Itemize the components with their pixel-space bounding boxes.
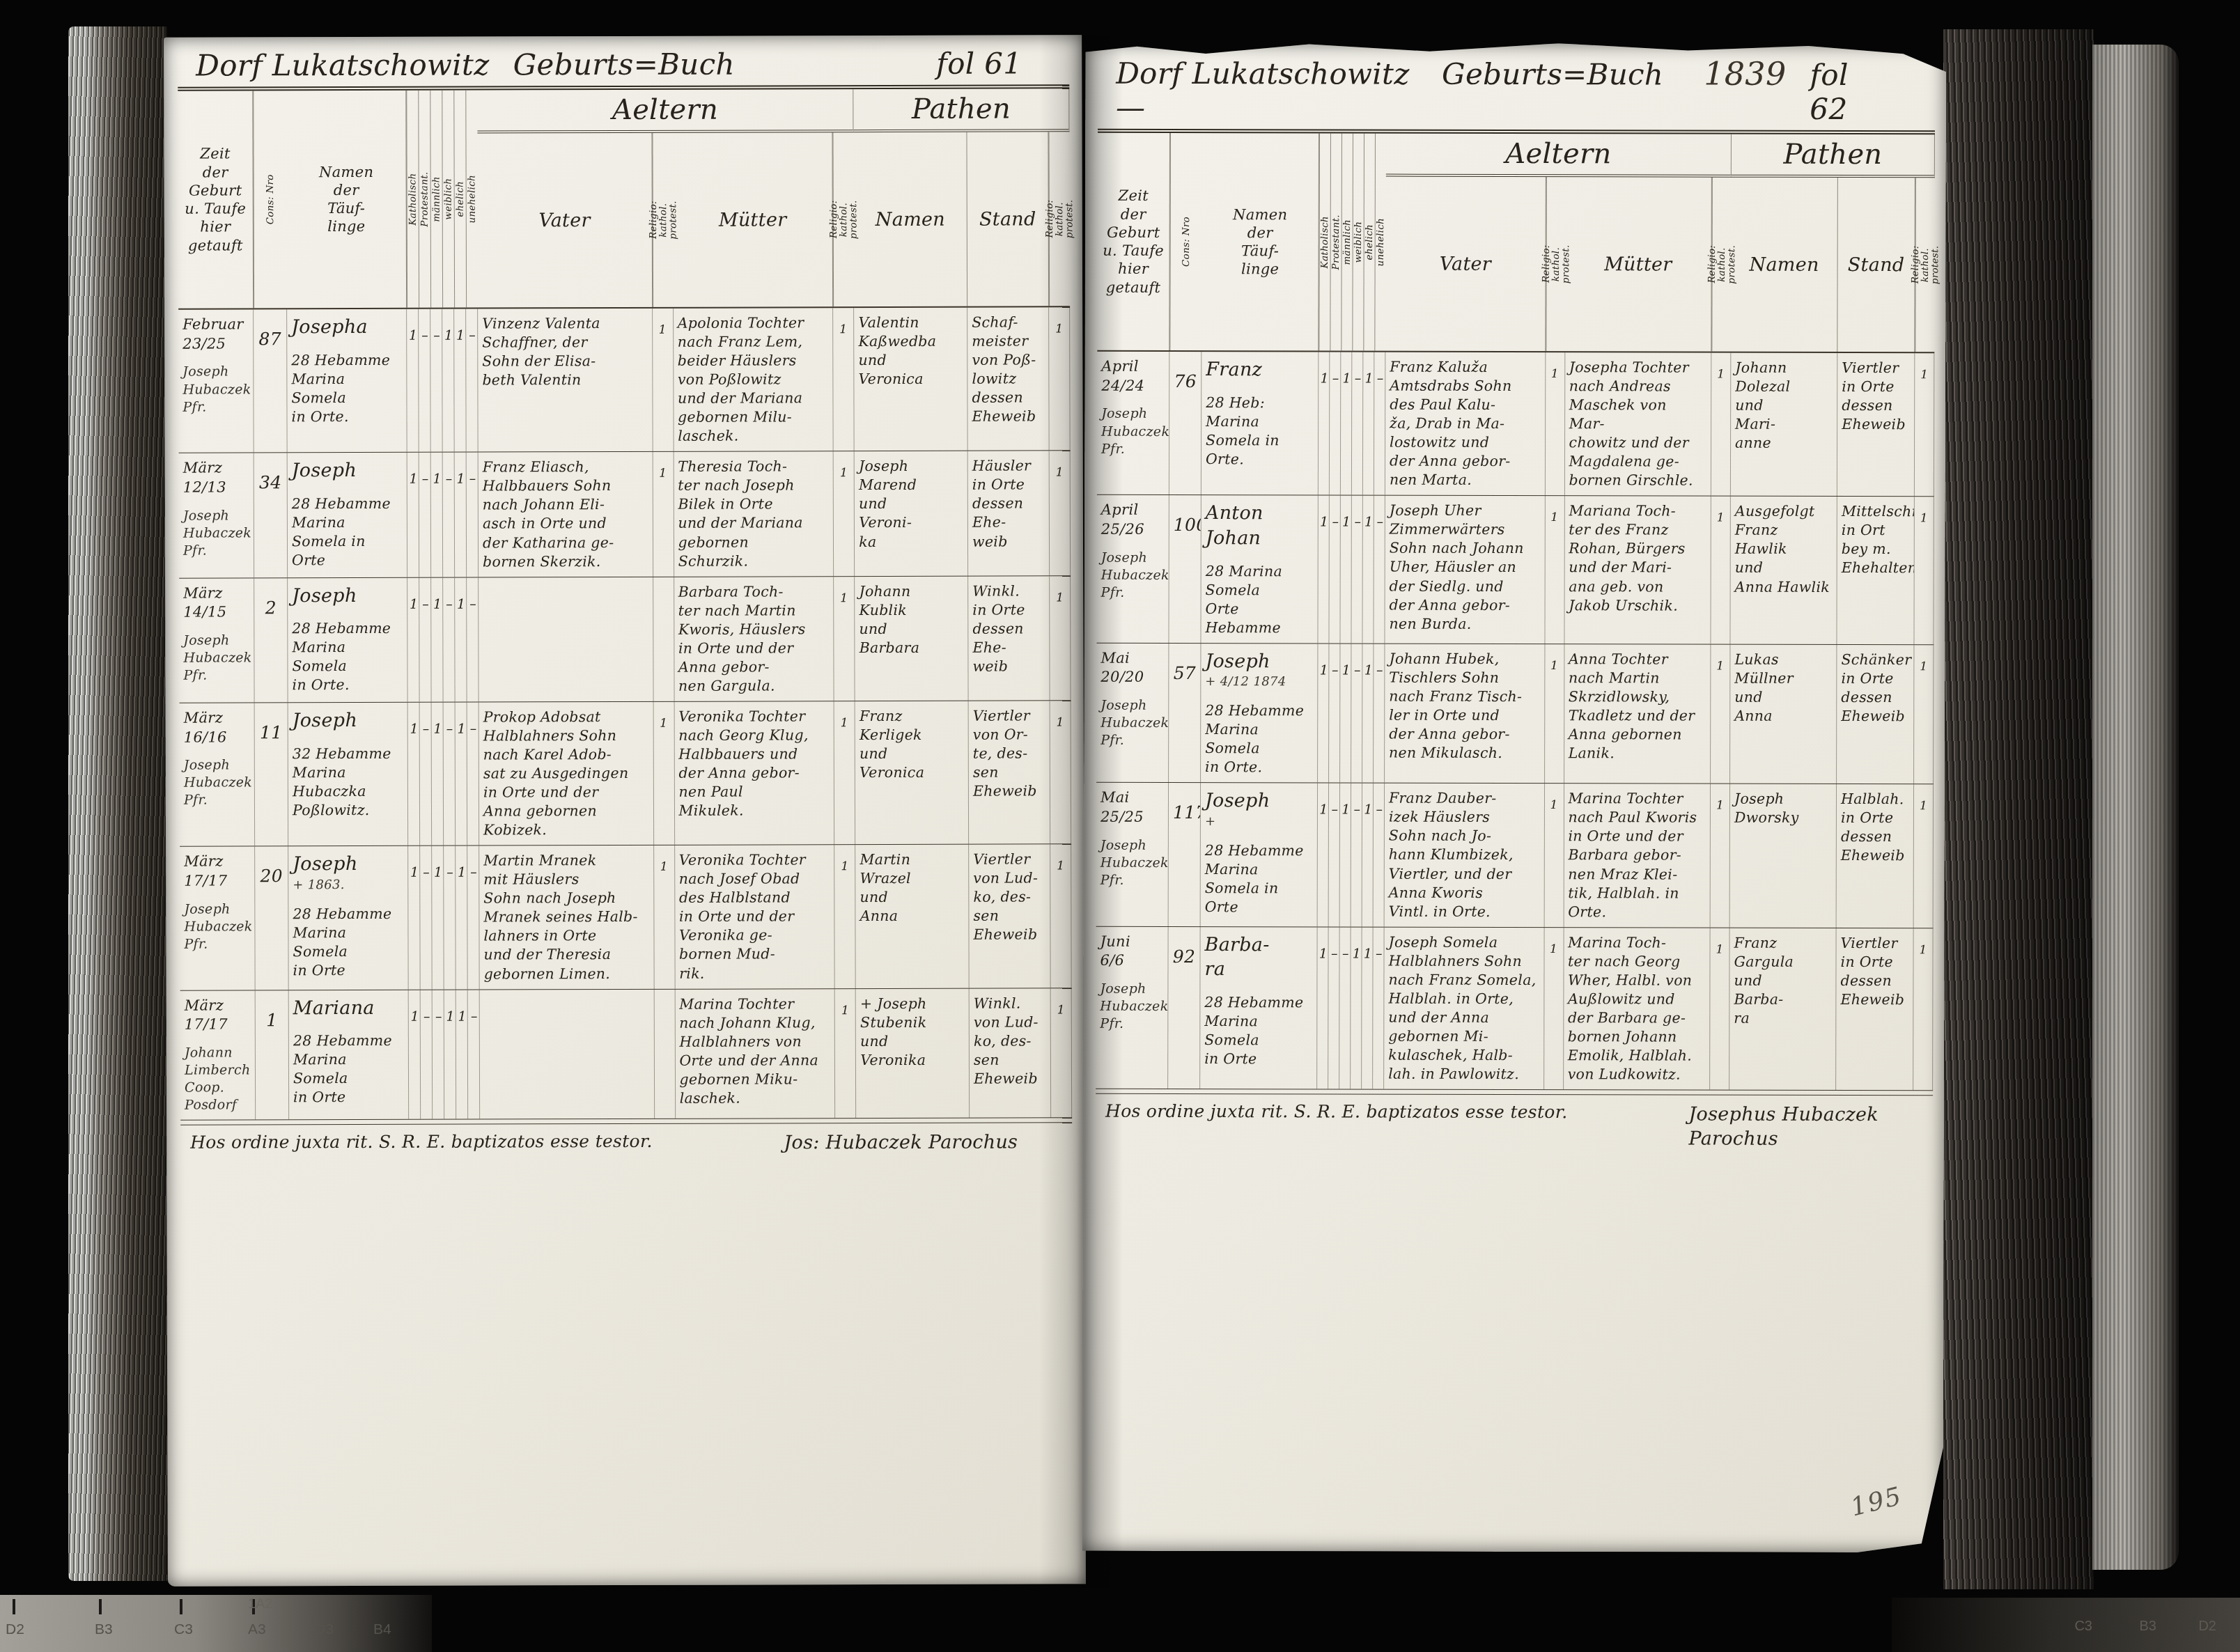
mark-unehelich: – xyxy=(467,453,479,577)
book-right-page-stack-edge xyxy=(1943,29,2094,1589)
header-mark-unehelich: unehelich xyxy=(465,91,478,308)
header-pathen-stand: Stand xyxy=(967,132,1050,306)
mark-weiblich: – xyxy=(443,453,455,577)
cell-house-number: 11 xyxy=(255,703,289,846)
cell-child-name: Joseph+28 Hebamme Marina Somela in Orte xyxy=(1201,783,1318,926)
baptizing-priest: Johann Limberch Coop. Posdorf xyxy=(185,1044,251,1114)
mother-religion-mark: 1 xyxy=(1711,644,1730,784)
mark-weiblich: – xyxy=(1351,644,1362,783)
baptizing-priest: Joseph Hubaczek Pfr. xyxy=(183,507,249,559)
register-row: Juni 6/6Joseph Hubaczek Pfr. 92 Barba- r… xyxy=(1096,926,1933,1091)
mark-katholisch: 1 xyxy=(1318,784,1329,926)
mark-ehelich: 1 xyxy=(1362,644,1374,783)
mark-protestant: – xyxy=(1329,644,1340,783)
cell-child-name: Joseph28 Hebamme Marina Somela in Orte. xyxy=(288,577,407,702)
mark-maennlich: 1 xyxy=(1341,352,1352,494)
mark-maennlich: – xyxy=(430,309,443,452)
cell-father: Martin Mranek mit Häuslers Sohn nach Jos… xyxy=(479,846,654,989)
mark-unehelich: – xyxy=(468,990,480,1119)
mark-ehelich: 1 xyxy=(456,846,468,989)
attestation-text: Hos ordine juxta rit. S. R. E. baptizato… xyxy=(1105,1101,1567,1122)
mother-religion-mark: 1 xyxy=(833,308,855,451)
page-right-ort: Dorf Lukatschowitz — xyxy=(1116,56,1418,125)
header-mark-katholisch: Katholisch xyxy=(1319,133,1330,350)
mark-ehelich: 1 xyxy=(456,702,468,845)
mark-ehelich: 1 xyxy=(1362,927,1373,1089)
cell-mother: Marina Tochter nach Paul Kworis in Orte … xyxy=(1564,784,1711,927)
header-pathen-namen: Namen xyxy=(1731,178,1838,352)
header-pathen: Pathen xyxy=(1732,134,1935,178)
mark-weiblich: – xyxy=(1351,784,1362,926)
cell-child-name: Anton Johan28 Marina Somela Orte Hebamme xyxy=(1201,495,1318,643)
header-namen-taeuflinge: Namen der Täuf- linge xyxy=(286,91,407,308)
mark-weiblich: – xyxy=(444,703,456,846)
godparents-religion-mark: 1 xyxy=(1913,928,1933,1090)
birth-baptism-date: März 16/16 xyxy=(184,709,227,745)
mark-ehelich: 1 xyxy=(1362,496,1374,643)
register-row: Mai 20/20Joseph Hubaczek Pfr. 57 Joseph+… xyxy=(1096,644,1934,785)
baptizing-priest: Joseph Hubaczek Pfr. xyxy=(184,901,250,953)
midwife-note: 28 Marina Somela Orte Hebamme xyxy=(1205,562,1313,638)
cell-child-name: Joseph28 Hebamme Marina Somela in Orte xyxy=(288,453,407,577)
father-religion-mark: 1 xyxy=(1544,784,1564,926)
mother-religion-mark: 1 xyxy=(1711,353,1731,496)
cell-house-number: 34 xyxy=(254,453,288,577)
mark-katholisch: 1 xyxy=(1318,644,1329,783)
mark-weiblich: – xyxy=(444,846,456,989)
cell-godparents-names: Johann Dolezal und Mari- anne xyxy=(1731,353,1837,497)
father-religion-mark: 1 xyxy=(1545,644,1564,784)
mark-protestant: – xyxy=(1329,784,1340,926)
cell-godparents-stand: Viertler in Orte dessen Eheweib xyxy=(1836,928,1913,1091)
cell-father: Joseph Uher Zimmerwärters Sohn nach Joha… xyxy=(1385,496,1545,644)
page-left-buch: Geburts=Buch xyxy=(513,47,735,82)
mark-unehelich: – xyxy=(1374,496,1385,643)
mother-religion-mark: 1 xyxy=(834,701,856,844)
cell-father: Prokop Adobsat Halblahners Sohn nach Kar… xyxy=(479,702,654,846)
header-cons-nro: Cons: Nro xyxy=(253,91,287,308)
mark-protestant: – xyxy=(420,703,433,846)
cell-child-name: Mariana28 Hebamme Marina Somela in Orte xyxy=(289,990,409,1119)
header-mutter: Mütter xyxy=(1565,177,1712,351)
cell-house-number: 2 xyxy=(254,578,288,702)
midwife-note: 28 Hebamme Marina Somela in Orte xyxy=(292,494,403,570)
mark-maennlich: – xyxy=(1339,927,1351,1089)
mark-unehelich: – xyxy=(1374,784,1385,926)
mark-katholisch: 1 xyxy=(407,453,419,577)
cell-godparents-names: Franz Kerligek und Veronica xyxy=(855,701,969,845)
cell-date: März 17/17Johann Limberch Coop. Posdorf xyxy=(180,990,256,1120)
mark-maennlich: – xyxy=(433,990,444,1119)
attestation-text: Hos ordine juxta rit. S. R. E. baptizato… xyxy=(190,1131,652,1153)
mark-ehelich: 1 xyxy=(1362,784,1374,926)
register-row: April 24/24Joseph Hubaczek Pfr. 76 Franz… xyxy=(1097,352,1934,497)
cell-house-number: 100 xyxy=(1169,495,1201,643)
page-right-titlebar: Dorf Lukatschowitz — Geburts=Buch 1839 f… xyxy=(1098,52,1935,135)
calibration-label: B3 xyxy=(95,1621,113,1638)
godparents-religion-mark: 1 xyxy=(1914,785,1934,928)
father-religion-mark xyxy=(653,577,674,701)
child-name: Joseph xyxy=(293,708,403,733)
register-row: Mai 25/25Joseph Hubaczek Pfr. 117 Joseph… xyxy=(1096,783,1934,928)
mark-ehelich: 1 xyxy=(455,577,467,701)
mark-weiblich: – xyxy=(443,577,455,701)
calibration-label: B4 xyxy=(373,1621,391,1638)
cell-house-number: 76 xyxy=(1169,352,1201,494)
mark-katholisch: 1 xyxy=(408,703,421,846)
cell-godparents-names: Lukas Müllner und Anna xyxy=(1730,644,1837,784)
mark-maennlich: 1 xyxy=(1340,784,1351,926)
mark-katholisch: 1 xyxy=(408,846,421,989)
mark-protestant: – xyxy=(419,453,431,577)
cell-father: Franz Kaluža Amtsdrabs Sohn des Paul Kal… xyxy=(1385,352,1546,496)
attestation-signature: Josephus Hubaczek Parochus xyxy=(1688,1102,1879,1152)
birth-baptism-date: März 14/15 xyxy=(183,584,226,621)
header-zeit-der-geburt: Zeit der Geburt u. Taufe hier getauft xyxy=(178,91,254,308)
header-vater: Vater xyxy=(477,133,652,308)
midwife-note: 28 Hebamme Marina Somela in Orte. xyxy=(1205,701,1313,777)
mark-protestant: – xyxy=(419,577,431,701)
header-mark-unehelich: unehelich xyxy=(1374,134,1386,351)
cell-mother: Theresia Toch- ter nach Joseph Bilek in … xyxy=(674,452,834,577)
mark-unehelich: – xyxy=(1374,644,1385,783)
page-left-table-header: Zeit der Geburt u. Taufe hier getauft Co… xyxy=(178,88,1070,309)
mark-ehelich: 1 xyxy=(456,990,468,1119)
godparents-religion-mark: 1 xyxy=(1915,353,1934,496)
child-name: Anton Johan xyxy=(1206,501,1314,551)
mark-weiblich: 1 xyxy=(1351,927,1362,1089)
cell-mother: Apolonia Tochter nach Franz Lem, beider … xyxy=(674,308,834,451)
header-cons-nro: Cons: Nro xyxy=(1169,133,1202,350)
header-mark-protestant: Protestant. xyxy=(1330,133,1341,350)
mark-unehelich: – xyxy=(467,702,480,845)
child-name: Joseph xyxy=(293,852,403,877)
register-row: April 25/26Joseph Hubaczek Pfr. 100 Anto… xyxy=(1096,495,1934,645)
father-religion-mark: 1 xyxy=(1545,496,1564,643)
mark-katholisch: 1 xyxy=(407,577,419,701)
header-aeltern: Aeltern xyxy=(477,89,853,133)
death-annotation: + 4/12 1874 xyxy=(1205,673,1313,690)
attestation-signature: Jos: Hubaczek Parochus xyxy=(784,1130,1018,1155)
header-mark-ehelich: ehelich xyxy=(1363,134,1375,351)
cell-house-number: 1 xyxy=(256,990,289,1120)
child-name: Joseph xyxy=(1205,649,1313,674)
header-mark-ehelich: ehelich xyxy=(453,91,466,308)
cell-father: Joseph Somela Halblahners Sohn nach Fran… xyxy=(1384,927,1544,1089)
cell-godparents-stand: Viertler in Orte dessen Eheweib xyxy=(1837,353,1915,497)
cell-father: Johann Hubek, Tischlers Sohn nach Franz … xyxy=(1385,644,1545,783)
mark-weiblich: 1 xyxy=(444,990,456,1119)
mark-maennlich: 1 xyxy=(432,703,444,846)
header-vater-religion: Religio: kathol. protest. xyxy=(1546,177,1566,351)
birth-baptism-date: März 17/17 xyxy=(185,997,228,1033)
death-annotation: + 1863. xyxy=(293,877,403,894)
mark-katholisch: 1 xyxy=(1317,927,1328,1089)
mother-religion-mark: 1 xyxy=(834,845,856,988)
cell-child-name: Joseph+ 1863.28 Hebamme Marina Somela in… xyxy=(288,846,409,990)
mark-protestant: – xyxy=(419,309,431,452)
father-religion-mark: 1 xyxy=(1545,352,1564,495)
mother-religion-mark: 1 xyxy=(834,451,855,575)
father-religion-mark xyxy=(654,989,675,1119)
mark-katholisch: 1 xyxy=(407,309,419,452)
mark-unehelich: – xyxy=(1374,352,1385,495)
register-row: März 16/16Joseph Hubaczek Pfr. 11 Joseph… xyxy=(180,701,1072,847)
cell-house-number: 87 xyxy=(254,309,288,452)
mark-maennlich: 1 xyxy=(1340,496,1351,643)
cell-godparents-stand: Schaf- meister von Poß- lowitz dessen Eh… xyxy=(967,307,1049,451)
page-left-titlebar: Dorf Lukatschowitz Geburts=Buch fol 61 xyxy=(178,45,1069,91)
birth-baptism-date: März 12/13 xyxy=(183,460,226,496)
cell-father: Franz Eliasch, Halbbauers Sohn nach Joha… xyxy=(479,452,653,577)
cell-godparents-names: Valentin Kaßwedba und Veronica xyxy=(854,308,967,451)
register-row: März 17/17Johann Limberch Coop. Posdorf … xyxy=(180,988,1072,1121)
godparents-religion-mark: 1 xyxy=(1914,645,1934,784)
cell-godparents-stand: Häusler in Orte dessen Ehe- weib xyxy=(968,451,1050,576)
page-left-attestation: Hos ordine juxta rit. S. R. E. baptizato… xyxy=(180,1123,1072,1184)
page-left-rows: Februar 23/25Joseph Hubaczek Pfr. 87 Jos… xyxy=(178,307,1072,1121)
father-religion-mark: 1 xyxy=(653,452,674,576)
calibration-strip-left: 1A2 D2 B3 C3 A3 D3 B4 xyxy=(0,1595,432,1652)
register-row: Februar 23/25Joseph Hubaczek Pfr. 87 Jos… xyxy=(178,307,1071,453)
cell-date: März 17/17Joseph Hubaczek Pfr. xyxy=(180,847,256,990)
page-left-ort: Dorf Lukatschowitz xyxy=(196,48,490,83)
calibration-label: A3 xyxy=(248,1621,266,1638)
mark-weiblich: – xyxy=(1351,496,1362,643)
mark-ehelich: 1 xyxy=(1363,352,1374,495)
mark-protestant: – xyxy=(1329,496,1340,643)
father-religion-mark: 1 xyxy=(1544,928,1564,1089)
midwife-note: 28 Hebamme Marina Somela in Orte xyxy=(1204,993,1312,1069)
header-pathen-namen: Namen xyxy=(854,132,967,306)
archival-photo: Dorf Lukatschowitz Geburts=Buch fol 61 Z… xyxy=(0,0,2240,1652)
cell-mother: Anna Tochter nach Martin Skrzidlowsky, T… xyxy=(1564,644,1711,784)
cell-father xyxy=(479,577,653,702)
mother-religion-mark: 1 xyxy=(835,989,856,1119)
header-mark-maennlich: männlich xyxy=(430,91,442,308)
calibration-label: D2 xyxy=(6,1621,24,1638)
cell-child-name: Barba- ra28 Hebamme Marina Somela in Ort… xyxy=(1200,927,1317,1089)
book-fore-edge xyxy=(2092,45,2179,1570)
cell-house-number: 117 xyxy=(1169,783,1201,926)
mark-weiblich: 1 xyxy=(442,309,455,452)
child-name: Joseph xyxy=(292,458,403,483)
calibration-strip-right: C3 B3 D2 xyxy=(1892,1598,2240,1652)
cell-godparents-stand: Viertler von Or- te, des- sen Eheweib xyxy=(969,701,1050,844)
header-namen-taeuflinge: Namen der Täuf- linge xyxy=(1201,133,1319,350)
mark-unehelich: – xyxy=(467,846,480,989)
father-religion-mark: 1 xyxy=(653,702,675,845)
mother-religion-mark: 1 xyxy=(1711,784,1730,927)
cell-date: März 14/15Joseph Hubaczek Pfr. xyxy=(179,578,254,703)
child-name: Franz xyxy=(1206,357,1314,382)
mark-protestant: – xyxy=(1328,927,1339,1089)
midwife-note: 28 Hebamme Marina Somela in Orte. xyxy=(292,619,403,695)
cell-mother: Marina Toch- ter nach Georg Wher, Halbl.… xyxy=(1564,928,1711,1090)
header-mark-weiblich: weiblich xyxy=(1352,134,1364,351)
cell-father xyxy=(480,989,655,1119)
cell-date: März 16/16Joseph Hubaczek Pfr. xyxy=(180,703,256,846)
cell-child-name: Joseph32 Hebamme Marina Hubaczka Poßlowi… xyxy=(288,703,409,846)
mark-katholisch: 1 xyxy=(1318,496,1329,643)
cell-godparents-names: + Joseph Stubenik und Veronika xyxy=(856,988,970,1118)
godparents-religion-mark: 1 xyxy=(1914,497,1934,644)
cell-date: Februar 23/25Joseph Hubaczek Pfr. xyxy=(178,309,254,453)
mark-protestant: – xyxy=(1330,352,1341,494)
mark-maennlich: 1 xyxy=(431,577,443,701)
child-name: Mariana xyxy=(293,995,404,1020)
midwife-note: 28 Heb: Marina Somela in Orte. xyxy=(1206,393,1314,469)
baptizing-priest: Joseph Hubaczek Pfr. xyxy=(182,364,249,416)
cell-mother: Josepha Tochter nach Andreas Maschek von… xyxy=(1564,352,1711,496)
midwife-note: 32 Hebamme Marina Hubaczka Poßlowitz. xyxy=(293,744,403,820)
cell-father: Franz Dauber- izek Häuslers Sohn nach Jo… xyxy=(1385,784,1545,927)
book-left-page-stack-edge xyxy=(68,26,167,1581)
cell-mother: Barbara Toch- ter nach Martin Kworis, Hä… xyxy=(674,577,834,701)
cell-godparents-names: Joseph Dworsky xyxy=(1730,784,1837,928)
cell-mother: Mariana Toch- ter des Franz Rohan, Bürge… xyxy=(1564,496,1711,644)
mark-ehelich: 1 xyxy=(454,309,467,452)
mother-religion-mark: 1 xyxy=(834,577,855,701)
child-name: Barba- ra xyxy=(1204,933,1312,983)
mark-maennlich: 1 xyxy=(432,846,444,989)
cell-godparents-names: Johann Kublik und Barbara xyxy=(855,576,968,701)
header-mark-katholisch: Katholisch xyxy=(406,91,419,308)
mark-ehelich: 1 xyxy=(455,453,467,577)
page-right-table-header: Zeit der Geburt u. Taufe hier getauft Co… xyxy=(1097,133,1935,354)
cell-house-number: 92 xyxy=(1168,927,1200,1089)
cell-godparents-names: Franz Gargula und Barba- ra xyxy=(1729,928,1837,1090)
header-mutter: Mütter xyxy=(673,132,833,307)
mark-maennlich: 1 xyxy=(1340,644,1351,783)
mark-unehelich: – xyxy=(1373,927,1384,1089)
mark-unehelich: – xyxy=(466,309,479,452)
book-gutter-shadow xyxy=(1039,35,1123,1588)
mark-katholisch: 1 xyxy=(1319,352,1330,494)
death-annotation: + xyxy=(1205,813,1313,830)
header-pathen-stand: Stand xyxy=(1837,178,1915,352)
midwife-note: 28 Hebamme Marina Somela in Orte. xyxy=(291,350,402,426)
header-mark-weiblich: weiblich xyxy=(442,91,454,308)
register-row: März 14/15Joseph Hubaczek Pfr. 2 Joseph2… xyxy=(179,576,1071,703)
child-name: Josepha xyxy=(291,315,402,340)
page-left-inner: Dorf Lukatschowitz Geburts=Buch fol 61 Z… xyxy=(178,45,1073,1579)
cell-mother: Veronika Tochter nach Georg Klug, Halbba… xyxy=(674,701,834,845)
child-name: Joseph xyxy=(292,583,403,608)
cell-mother: Marina Tochter nach Johann Klug, Halblah… xyxy=(675,989,835,1119)
register-row: März 12/13Joseph Hubaczek Pfr. 34 Joseph… xyxy=(179,451,1071,579)
mother-religion-mark: 1 xyxy=(1711,497,1730,644)
father-religion-mark: 1 xyxy=(654,846,676,988)
archival-pencil-page-number: 195 xyxy=(1848,1482,1905,1522)
baptizing-priest: Joseph Hubaczek Pfr. xyxy=(184,757,250,809)
header-mutter-religion: Religio: kathol. protest. xyxy=(1711,178,1732,352)
cell-house-number: 20 xyxy=(255,846,289,989)
father-religion-mark: 1 xyxy=(653,309,674,451)
cell-child-name: Josepha28 Hebamme Marina Somela in Orte. xyxy=(287,309,407,453)
header-vater-religion: Religio: kathol. protest. xyxy=(652,133,674,307)
cell-house-number: 57 xyxy=(1169,644,1201,783)
header-pathen-religion: Religio: kathol. protest. xyxy=(1915,178,1935,352)
mother-religion-mark: 1 xyxy=(1710,928,1729,1089)
cell-mother: Veronika Tochter nach Josef Obad des Hal… xyxy=(675,845,835,988)
midwife-note: 28 Hebamme Marina Somela in Orte xyxy=(293,904,403,980)
birth-baptism-date: Februar 23/25 xyxy=(182,315,244,352)
cell-godparents-stand: Mittelschreiber in Ort bey m. Ehehalten xyxy=(1837,497,1914,644)
cell-child-name: Joseph+ 4/12 187428 Hebamme Marina Somel… xyxy=(1201,644,1318,783)
header-vater: Vater xyxy=(1385,177,1546,351)
page-right-rows: April 24/24Joseph Hubaczek Pfr. 76 Franz… xyxy=(1096,352,1934,1091)
mark-protestant: – xyxy=(421,990,433,1119)
calibration-label-1a2: 1A2 xyxy=(248,1596,273,1612)
header-mark-protestant: Protestant. xyxy=(418,91,430,308)
calibration-label: B3 xyxy=(2140,1619,2156,1635)
calibration-label: D2 xyxy=(2198,1619,2216,1635)
cell-child-name: Franz28 Heb: Marina Somela in Orte. xyxy=(1201,352,1319,495)
midwife-note: 28 Hebamme Marina Somela in Orte xyxy=(1205,841,1313,917)
mark-protestant: – xyxy=(420,846,433,989)
cell-godparents-names: Martin Wrazel und Anna xyxy=(855,845,969,988)
header-mutter-religion: Religio: kathol. protest. xyxy=(833,132,855,306)
child-name: Joseph xyxy=(1205,788,1313,813)
cell-father: Vinzenz Valenta Schaffner, der Sohn der … xyxy=(478,309,653,452)
calibration-label: D3 xyxy=(315,1621,334,1638)
midwife-note: 28 Hebamme Marina Somela in Orte xyxy=(293,1031,404,1107)
calibration-ticks xyxy=(0,1599,432,1613)
birth-baptism-date: März 17/17 xyxy=(184,853,227,889)
cell-godparents-names: Joseph Marend und Veroni- ka xyxy=(855,451,968,576)
cell-godparents-stand: Schänker in Orte dessen Eheweib xyxy=(1837,645,1914,784)
register-page-left: Dorf Lukatschowitz Geburts=Buch fol 61 Z… xyxy=(164,35,1086,1586)
calibration-label: C3 xyxy=(2074,1619,2092,1635)
page-right-jahr: 1839 xyxy=(1704,55,1786,93)
mark-unehelich: – xyxy=(467,577,479,701)
mark-katholisch: 1 xyxy=(409,990,421,1119)
header-aeltern: Aeltern xyxy=(1386,134,1732,178)
cell-godparents-stand: Halblah. in Orte dessen Eheweib xyxy=(1837,784,1914,928)
mark-maennlich: 1 xyxy=(431,453,443,577)
register-row: März 17/17Joseph Hubaczek Pfr. 20 Joseph… xyxy=(180,845,1072,991)
page-right-folio: fol 62 xyxy=(1810,58,1888,126)
page-right-buch: Geburts=Buch xyxy=(1442,57,1663,92)
calibration-label: C3 xyxy=(174,1621,193,1638)
mark-weiblich: – xyxy=(1352,352,1363,495)
register-page-right: Dorf Lukatschowitz — Geburts=Buch 1839 f… xyxy=(1082,42,1947,1553)
header-mark-maennlich: männlich xyxy=(1341,133,1353,350)
page-right-inner: Dorf Lukatschowitz — Geburts=Buch 1839 f… xyxy=(1095,52,1935,1546)
page-right-attestation: Hos ordine juxta rit. S. R. E. baptizato… xyxy=(1096,1093,1933,1155)
page-left-folio: fol 61 xyxy=(936,47,1022,81)
cell-godparents-stand: Winkl. in Orte dessen Ehe- weib xyxy=(968,576,1050,701)
baptizing-priest: Joseph Hubaczek Pfr. xyxy=(183,632,249,684)
cell-godparents-names: Ausgefolgt Franz Hawlik und Anna Hawlik xyxy=(1730,497,1837,644)
cell-date: März 12/13Joseph Hubaczek Pfr. xyxy=(179,453,254,578)
header-pathen: Pathen xyxy=(854,88,1070,132)
